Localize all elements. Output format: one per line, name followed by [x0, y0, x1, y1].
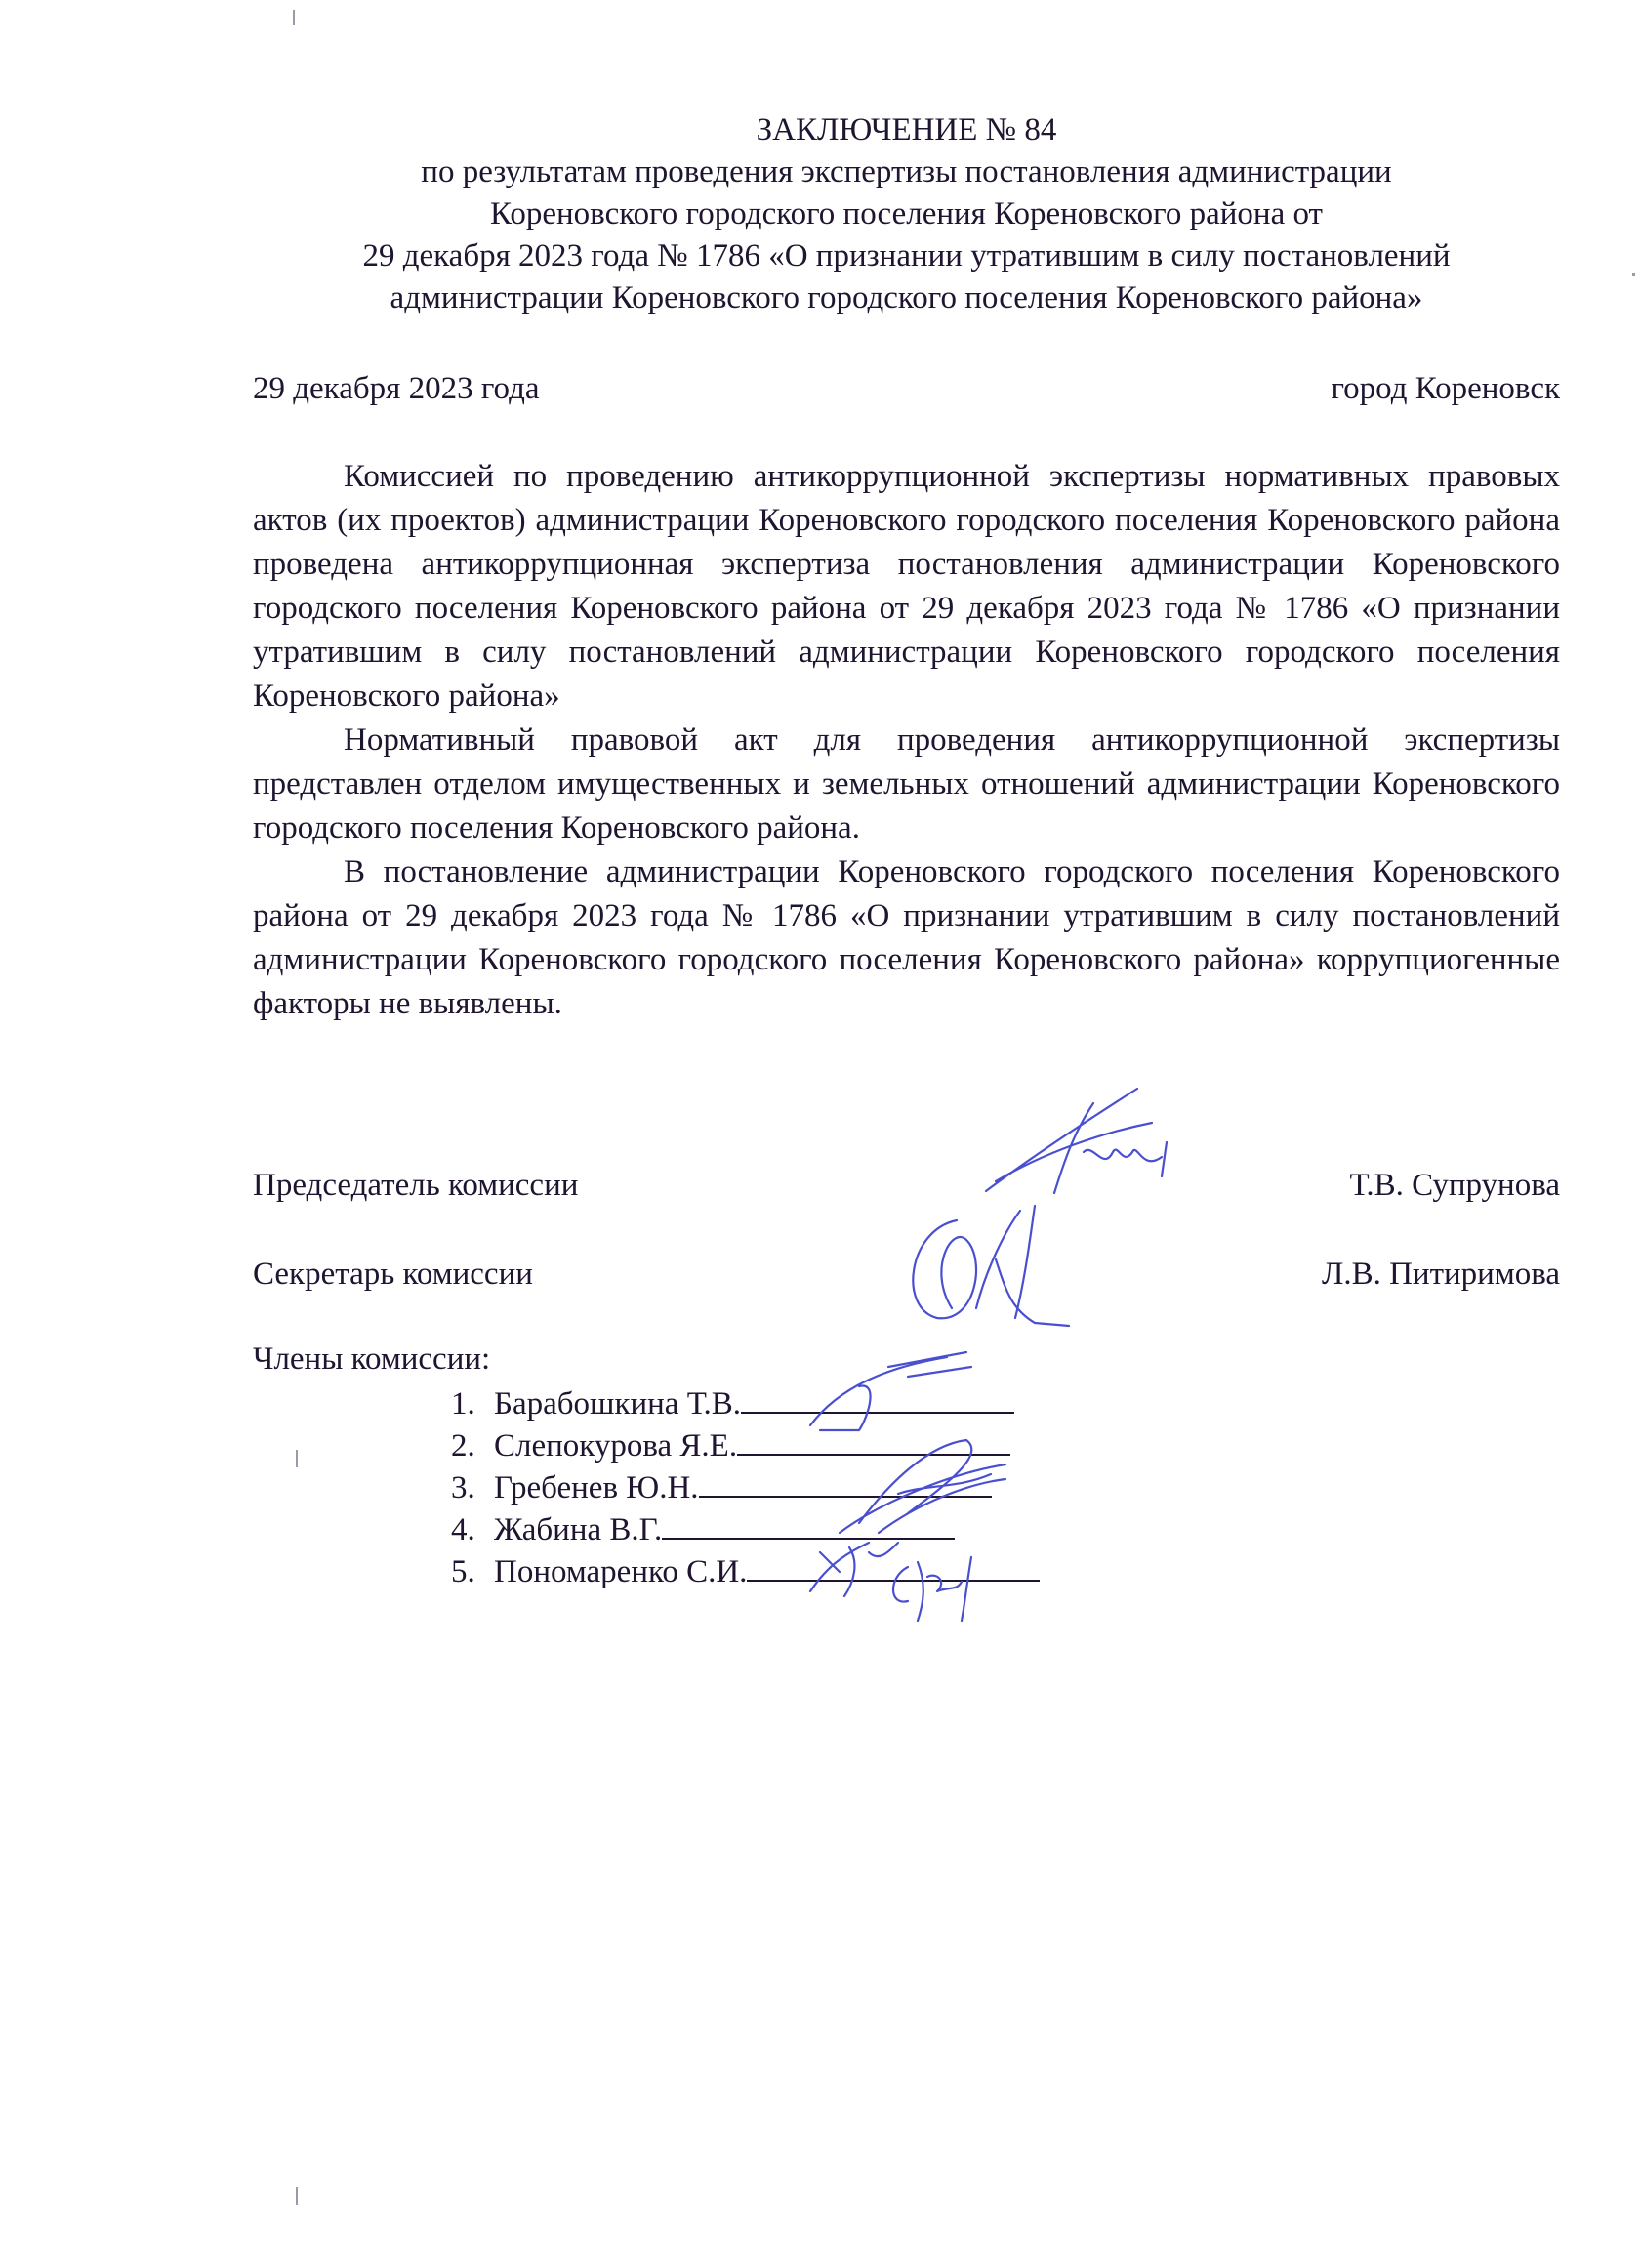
body-paragraph: В постановление администрации Кореновско…: [253, 850, 1560, 1026]
document-body: Комиссией по проведению антикоррупционно…: [253, 455, 1560, 1026]
member-name: Жабина В.Г.: [494, 1512, 662, 1547]
scan-artifact: [296, 2187, 298, 2205]
document-date: 29 декабря 2023 года: [253, 371, 540, 407]
member-name: Слепокурова Я.Е.: [494, 1428, 737, 1464]
member-5-signature-scribble: [879, 1547, 996, 1626]
secretary-name: Л.В. Питиримова: [1322, 1257, 1560, 1293]
subtitle-line: 29 декабря 2023 года № 1786 «О признании…: [253, 235, 1560, 277]
secretary-role: Секретарь комиссии: [253, 1257, 533, 1293]
document-header: ЗАКЛЮЧЕНИЕ № 84 по результатам проведени…: [253, 109, 1560, 319]
document-title: ЗАКЛЮЧЕНИЕ № 84: [253, 109, 1560, 151]
subtitle-line: Кореновского городского поселения Корено…: [253, 193, 1560, 235]
members-label: Члены комиссии:: [253, 1341, 490, 1378]
date-place-row: 29 декабря 2023 года город Кореновск: [253, 371, 1560, 407]
chair-name: Т.В. Супрунова: [1350, 1168, 1560, 1204]
chair-signature-scribble: [966, 1084, 1201, 1201]
scan-artifact: [296, 1450, 298, 1467]
body-paragraph: Комиссией по проведению антикоррупционно…: [253, 455, 1560, 719]
subtitle-line: по результатам проведения экспертизы пос…: [253, 151, 1560, 193]
scan-artifact: [1632, 273, 1635, 276]
chair-role: Председатель комиссии: [253, 1168, 578, 1204]
body-paragraph: Нормативный правовой акт для проведения …: [253, 719, 1560, 850]
document-place: город Кореновск: [1331, 371, 1560, 407]
member-name: Гребенев Ю.Н.: [494, 1470, 699, 1505]
member-1-signature-scribble: [800, 1347, 986, 1435]
member-name: Барабошкина Т.В.: [494, 1386, 741, 1422]
member-name: Пономаренко С.И.: [494, 1554, 747, 1589]
scan-artifact: [293, 10, 295, 25]
subtitle-line: администрации Кореновского городского по…: [253, 277, 1560, 319]
chair-signature-row: Председатель комиссии Т.В. Супрунова: [253, 1168, 1560, 1204]
secretary-signature-scribble: [898, 1201, 1084, 1328]
